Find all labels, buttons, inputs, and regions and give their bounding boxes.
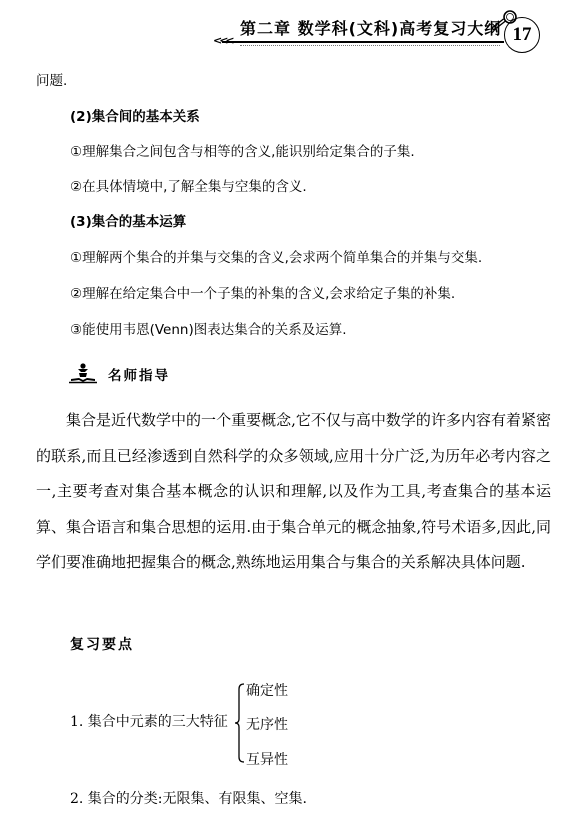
section3-item: ②理解在给定集合中一个子集的补集的含义,会求给定子集的补集. xyxy=(70,286,455,302)
section3-item: ③能使用韦恩(Venn)图表达集合的关系及运算. xyxy=(70,322,347,338)
review-title: 复习要点 xyxy=(70,637,134,653)
page-number-badge: 17 xyxy=(504,17,540,53)
teacher-guide-title: 名师指导 xyxy=(108,364,170,384)
review-point2: 2. 集合的分类:无限集、有限集、空集. xyxy=(70,791,307,807)
continuation-text: 问题. xyxy=(36,73,67,89)
section3-item: ①理解两个集合的并集与交集的含义,会求两个简单集合的并集与交集. xyxy=(70,250,482,266)
section2-heading: (2)集合间的基本关系 xyxy=(70,109,200,125)
chapter-title: 第二章 数学科(文科)高考复习大纲 xyxy=(240,16,501,39)
header-rule xyxy=(222,41,504,43)
section2-item: ①理解集合之间包含与相等的含义,能识别给定集合的子集. xyxy=(70,144,415,160)
curly-brace xyxy=(235,683,245,763)
section3-heading: (3)集合的基本运算 xyxy=(70,214,186,230)
element-property: 无序性 xyxy=(246,714,288,734)
review-point1-label: 1. 集合中元素的三大特征 xyxy=(70,714,228,730)
teacher-reading-icon xyxy=(68,362,98,384)
header-dotted-rule xyxy=(240,45,500,46)
page-header: <<< 第二章 数学科(文科)高考复习大纲 17 xyxy=(0,0,580,62)
page-number: 17 xyxy=(505,24,539,46)
teacher-guide-paragraph: 集合是近代数学中的一个重要概念,它不仅与高中数学的许多内容有着紧密的联系,而且已… xyxy=(36,403,551,581)
section2-item: ②在具体情境中,了解全集与空集的含义. xyxy=(70,179,307,195)
element-property: 确定性 xyxy=(246,680,288,700)
element-property: 互异性 xyxy=(246,749,288,769)
